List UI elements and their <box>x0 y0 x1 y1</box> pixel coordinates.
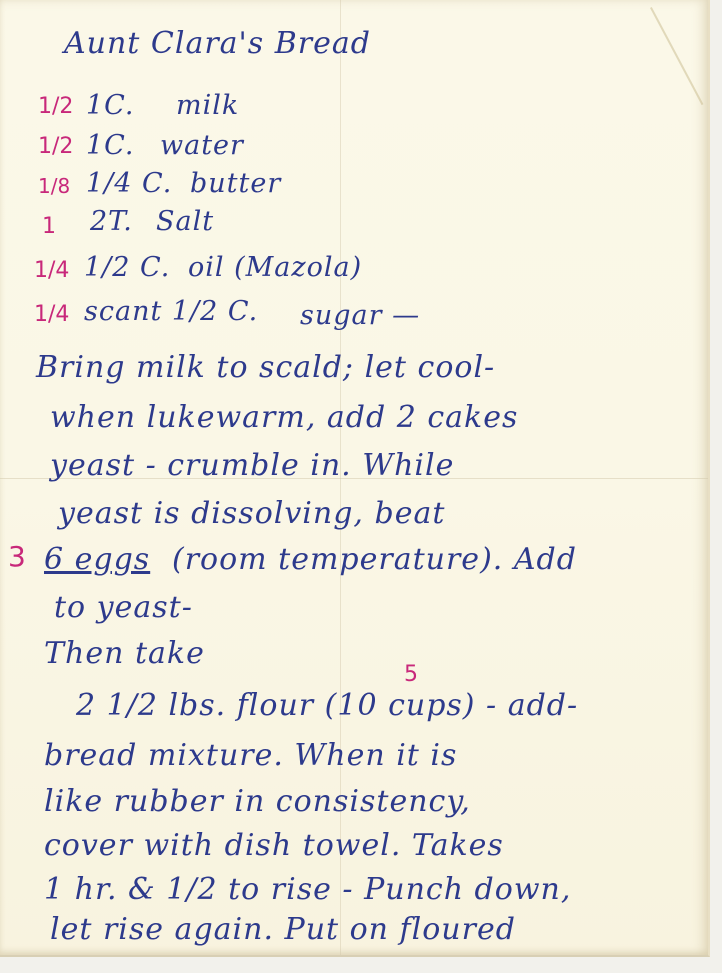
eggs-quantity: 6 eggs <box>44 542 150 577</box>
scaled-amount: 1/2 <box>38 134 73 159</box>
instruction-line: (room temperature). Add <box>172 542 577 577</box>
ingredient-amount: scant 1/2 C. <box>84 296 258 327</box>
ingredient-amount: 2T. <box>90 206 133 237</box>
instruction-line: yeast is dissolving, beat <box>58 496 445 531</box>
scaled-amount: 1 <box>42 214 56 239</box>
ingredient-item: sugar — <box>300 300 420 331</box>
ingredient-item: butter <box>190 168 281 199</box>
instruction-line: to yeast- <box>54 590 193 625</box>
ingredient-item: milk <box>176 90 239 121</box>
paper-corner-crease <box>650 7 703 105</box>
ingredient-item: Salt <box>156 206 214 237</box>
scaled-flour-amount: 5 <box>404 662 418 687</box>
scaled-amount: 1/4 <box>34 258 69 283</box>
ingredient-item: oil (Mazola) <box>188 252 362 283</box>
recipe-paper: Aunt Clara's Bread 1/2 1C. milk 1/2 1C. … <box>0 0 710 957</box>
instruction-line: yeast - crumble in. While <box>50 448 454 483</box>
ingredient-amount: 1/2 C. <box>84 252 170 283</box>
instruction-line: Bring milk to scald; let cool- <box>36 350 495 385</box>
scaled-eggs-count: 3 <box>8 540 26 573</box>
instruction-line: 1 hr. & 1/2 to rise - Punch down, <box>44 872 571 907</box>
recipe-title: Aunt Clara's Bread <box>64 26 371 61</box>
scaled-amount: 1/2 <box>38 94 73 119</box>
scaled-amount: 1/4 <box>34 302 69 327</box>
instruction-line: cover with dish towel. Takes <box>44 828 504 863</box>
scaled-amount: 1/8 <box>38 174 70 198</box>
instruction-line: Then take <box>44 636 205 671</box>
ingredient-amount: 1C. <box>86 90 134 121</box>
instruction-line: bread mixture. When it is <box>44 738 457 773</box>
instruction-line: 2 1/2 lbs. flour (10 cups) - add- <box>76 688 578 723</box>
ingredient-amount: 1/4 C. <box>86 168 172 199</box>
instruction-line: when lukewarm, add 2 cakes <box>50 400 518 435</box>
ingredient-item: water <box>160 130 244 161</box>
instruction-line: let rise again. Put on floured <box>50 912 516 947</box>
ingredient-amount: 1C. <box>86 130 134 161</box>
instruction-line: like rubber in consistency, <box>44 784 471 819</box>
